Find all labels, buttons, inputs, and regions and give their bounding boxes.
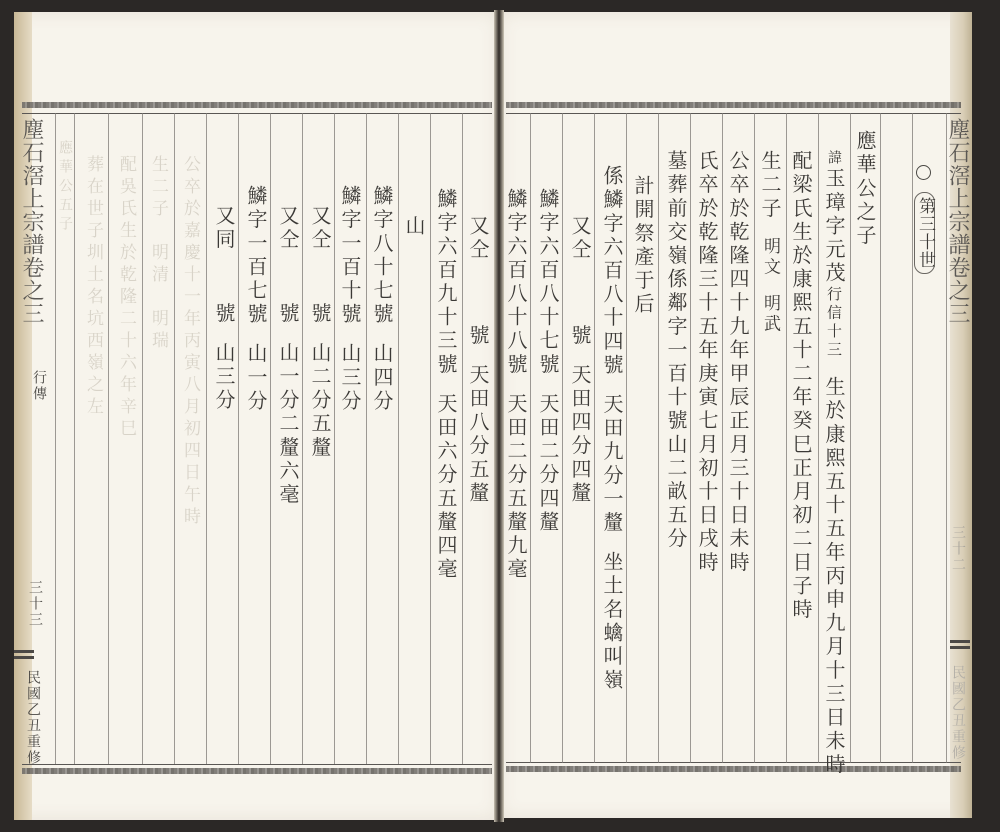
plot-area: 天田六分五釐四毫	[434, 393, 458, 582]
left-margin-footer: 民國乙丑重修	[26, 670, 40, 766]
plot-number: 又仝	[466, 215, 490, 262]
top-border-left	[22, 102, 492, 108]
estate-entry: 又同號山三分	[214, 205, 234, 413]
estate-heading: 計開祭產于后	[633, 175, 653, 317]
children-line: 生二子明文明武	[760, 150, 780, 335]
column-rule	[850, 113, 851, 763]
bleed-through-text: 葬在世子圳土名坑西嶺之左	[84, 155, 101, 419]
column-rule	[366, 113, 367, 764]
plot-number: 又同	[212, 205, 236, 252]
plot-number: 鱗字一百七號	[244, 185, 268, 327]
left-margin-section: 行傳	[32, 370, 46, 402]
column-rule	[206, 113, 207, 764]
plot-area: 山三分	[338, 343, 362, 414]
children-count: 生二子	[758, 150, 782, 221]
column-rule	[658, 113, 659, 763]
column-rule	[142, 113, 143, 764]
wife-death-line: 氏卒於乾隆三十五年庚寅七月初十日戌時	[697, 150, 717, 575]
column-rule	[530, 113, 531, 763]
taboo-name-prefix: 諱	[826, 150, 842, 168]
plot-number-suffix: 號	[308, 302, 332, 326]
bottom-rule-left	[22, 764, 492, 765]
column-rule	[108, 113, 109, 764]
plot-number: 鱗字八十七號	[370, 185, 394, 327]
plot-number: 鱗字六百八十七號	[536, 188, 560, 377]
plot-area: 天田四分四釐	[568, 364, 592, 506]
column-rule	[74, 113, 75, 764]
generation-circle-icon	[916, 165, 931, 180]
column-rule	[690, 113, 691, 763]
plot-area: 山二分五釐	[308, 342, 332, 460]
top-rule-right	[506, 113, 961, 114]
child-name: 明武	[760, 294, 780, 335]
plot-number-suffix: 號	[276, 302, 300, 326]
column-rule	[462, 113, 463, 764]
plot-number-suffix: 號	[568, 324, 592, 348]
estate-entry: 係鱗字六百八十四號天田九分一釐坐土名蠄叫嶺	[602, 165, 622, 693]
estate-entry: 鱗字六百八十七號天田二分四釐	[538, 188, 558, 534]
plot-area: 天田二分四釐	[536, 393, 560, 535]
spouse-line: 配梁氏生於康熙五十二年癸巳正月初二日子時	[791, 150, 811, 622]
plot-number: 又仝	[568, 215, 592, 262]
child-name: 明文	[760, 237, 780, 278]
margin-stripe	[14, 656, 34, 659]
name-text: 玉璋字元茂	[822, 168, 846, 286]
husband-death-line: 公卒於乾隆四十九年甲辰正月三十日未時	[728, 150, 748, 575]
column-rule	[722, 113, 723, 763]
book-spine	[494, 10, 504, 822]
top-rule-left	[22, 113, 492, 114]
top-border-right	[506, 102, 961, 108]
left-margin-page-number: 三十三	[28, 580, 42, 628]
column-rule	[174, 113, 175, 764]
estate-entry: 又仝號山二分五釐	[310, 205, 330, 460]
plot-location: 坐土名蠄叫嶺	[600, 551, 624, 693]
left-margin-title: 塵石滘上宗譜卷之三	[20, 118, 42, 325]
bleed-through-text: 公卒於嘉慶十一年丙寅八月初四日午時	[181, 155, 198, 529]
rank-text: 行信十三	[825, 286, 843, 360]
estate-entry: 又仝號天田八分五釐	[468, 215, 488, 505]
plot-number-suffix: 號	[466, 324, 490, 348]
bottom-border-right	[506, 766, 961, 772]
plot-area: 天田八分五釐	[466, 364, 490, 506]
plot-number-suffix: 號	[212, 302, 236, 326]
column-rule	[754, 113, 755, 763]
plot-number: 係鱗字六百八十四號	[600, 165, 624, 377]
column-rule	[334, 113, 335, 764]
burial-line: 墓葬前交嶺係鄰字一百十號山二畝五分	[666, 150, 686, 551]
plot-number: 又仝	[308, 205, 332, 252]
column-rule	[398, 113, 399, 764]
column-rule	[786, 113, 787, 763]
margin-stripe	[950, 640, 970, 643]
plot-number: 又仝	[276, 205, 300, 252]
column-rule	[270, 113, 271, 764]
column-rule	[238, 113, 239, 764]
bleed-through-text: 生二子 明清 明瑞	[149, 155, 166, 353]
bleed-through-text: 配吳氏生於乾隆二十六年辛巳	[117, 155, 134, 441]
plot-number: 鱗字一百十號	[338, 185, 362, 327]
plot-area: 山一分二釐六毫	[276, 342, 300, 507]
right-margin-title: 塵石滘上宗譜卷之三	[946, 118, 968, 325]
right-margin-page-number: 三十二	[951, 525, 965, 573]
column-rule	[912, 113, 913, 763]
column-rule	[880, 113, 881, 763]
column-rule	[594, 113, 595, 763]
estate-entry: 又仝號天田四分四釐	[570, 215, 590, 505]
plot-area: 天田二分五釐九毫	[504, 393, 528, 582]
estate-entry: 又仝號山一分二釐六毫	[278, 205, 298, 507]
estate-entry: 鱗字一百七號山一分	[246, 185, 266, 413]
margin-stripe	[14, 650, 34, 653]
column-rule	[302, 113, 303, 764]
plot-area: 山三分	[212, 342, 236, 413]
name-line: 諱玉璋字元茂行信十三生於康熙五十五年丙申九月十三日未時	[824, 150, 844, 777]
parent-line: 應華公之子	[855, 130, 875, 248]
plot-area: 山四分	[370, 343, 394, 414]
plot-number: 鱗字六百八十八號	[504, 188, 528, 377]
plot-number: 鱗字六百九十三號	[434, 188, 458, 377]
estate-entry: 鱗字一百十號山三分	[340, 185, 360, 413]
column-rule	[818, 113, 819, 763]
birth-text: 生於康熙五十五年丙申九月十三日未時	[822, 376, 846, 777]
generation-marker: 第三十世	[914, 192, 935, 274]
category-heading: 山	[404, 215, 424, 239]
column-rule	[626, 113, 627, 763]
plot-area: 山一分	[244, 343, 268, 414]
estate-entry: 鱗字八十七號山四分	[372, 185, 392, 413]
bottom-border-left	[22, 768, 492, 774]
estate-entry: 鱗字六百八十八號天田二分五釐九毫	[506, 188, 526, 582]
estate-entry: 鱗字六百九十三號天田六分五釐四毫	[436, 188, 456, 582]
column-rule	[562, 113, 563, 763]
bleed-through-text: 應華公五子	[58, 140, 72, 235]
plot-area: 天田九分一釐	[600, 393, 624, 535]
column-rule	[55, 113, 56, 764]
right-margin-footer: 民國乙丑重修	[951, 665, 965, 761]
margin-stripe	[950, 646, 970, 649]
column-rule	[430, 113, 431, 764]
bottom-rule-right	[506, 762, 961, 763]
